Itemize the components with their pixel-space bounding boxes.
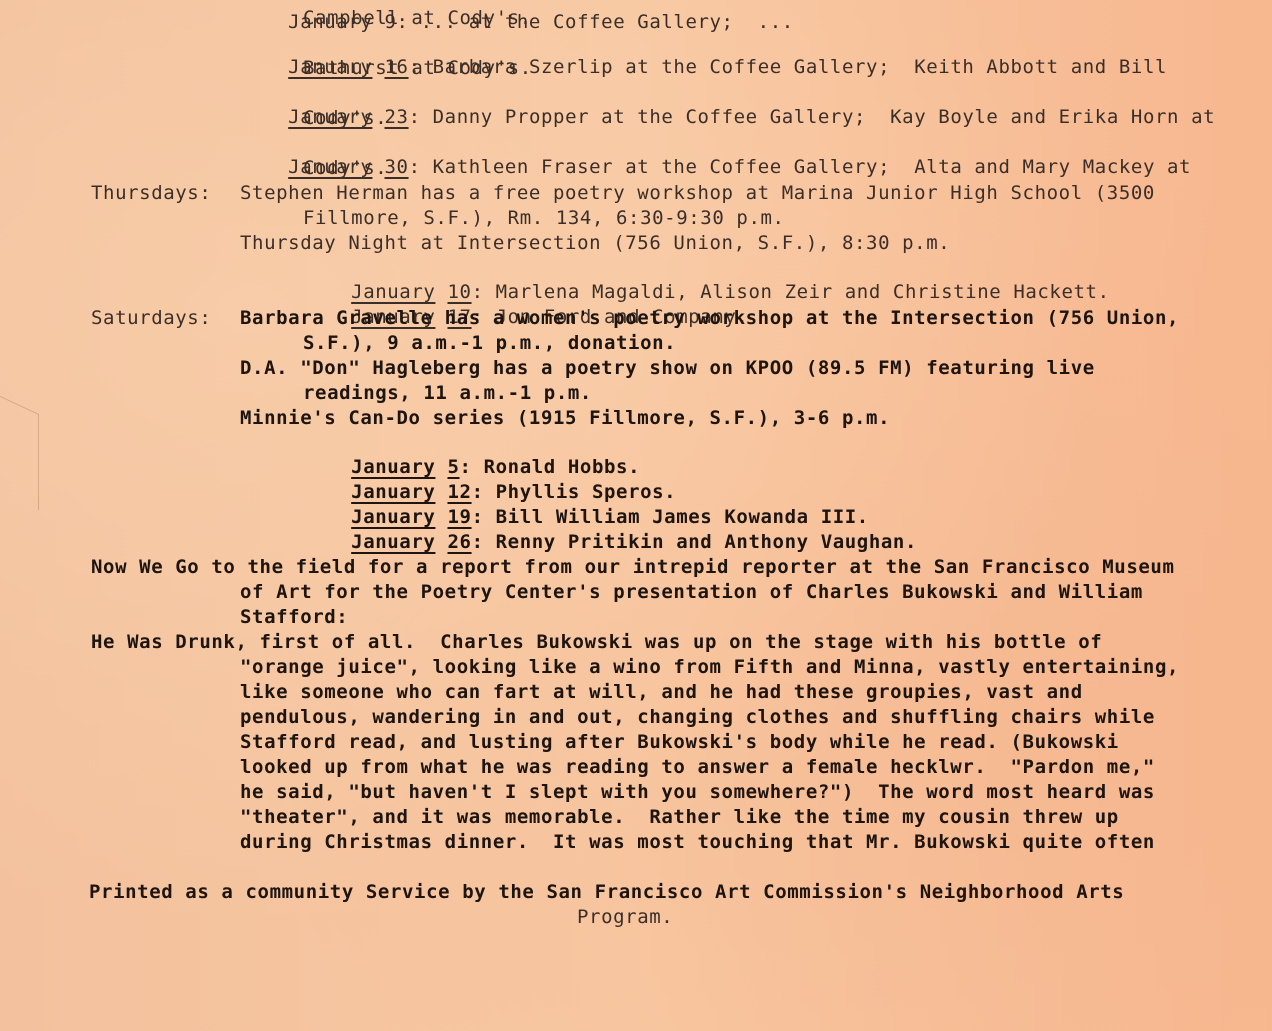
report-body-line: looked up from what he was reading to an…: [240, 755, 1155, 779]
report-intro-line: Stafford:: [240, 605, 348, 629]
report-body-line: during Christmas dinner. It was most tou…: [240, 830, 1155, 854]
workshop-line: Stephen Herman has a free poetry worksho…: [240, 181, 1155, 205]
section-label-thursdays: Thursdays:: [91, 181, 211, 205]
section-label-saturdays: Saturdays:: [91, 306, 211, 330]
report-intro-line: of Art for the Poetry Center's presentat…: [240, 580, 1143, 604]
series-line: Thursday Night at Intersection (756 Unio…: [240, 231, 950, 255]
footer-credit: Printed as a community Service by the Sa…: [89, 880, 1124, 904]
report-body-line: He Was Drunk, first of all. Charles Buko…: [91, 630, 1102, 654]
report-body-line: pendulous, wandering in and out, changin…: [240, 705, 1155, 729]
report-body-line: "theater", and it was memorable. Rather …: [240, 805, 1119, 829]
continuation-line: Cody's.: [303, 106, 387, 130]
workshop-line: Fillmore, S.F.), Rm. 134, 6:30-9:30 p.m.: [303, 206, 785, 230]
workshop-line: S.F.), 9 a.m.-1 p.m., donation.: [303, 331, 676, 355]
paper-tear-mark: [0, 396, 39, 510]
continuation-line: Cody's.: [303, 156, 387, 180]
continuation-line: Campbell at Cody's.: [303, 6, 532, 30]
radio-line: D.A. "Don" Hagleberg has a poetry show o…: [240, 356, 1095, 380]
continuation-line: Bathurst at Cody's.: [303, 56, 532, 80]
report-intro-line: Now We Go to the field for a report from…: [91, 555, 1175, 579]
typewritten-page: January 9: ... at the Coffee Gallery; ..…: [0, 0, 1272, 1031]
series-line: Minnie's Can-Do series (1915 Fillmore, S…: [240, 406, 890, 430]
report-body-line: like someone who can fart at will, and h…: [240, 680, 1083, 704]
report-body-line: "orange juice", looking like a wino from…: [240, 655, 1179, 679]
workshop-line: Barbara Gravelle has a women's poetry wo…: [240, 306, 1179, 330]
report-body-line: he said, "but haven't I slept with you s…: [240, 780, 1155, 804]
footer-credit-cont: Program.: [577, 905, 673, 929]
report-body-line: Stafford read, and lusting after Bukowsk…: [240, 730, 1119, 754]
radio-line: readings, 11 a.m.-1 p.m.: [303, 381, 592, 405]
